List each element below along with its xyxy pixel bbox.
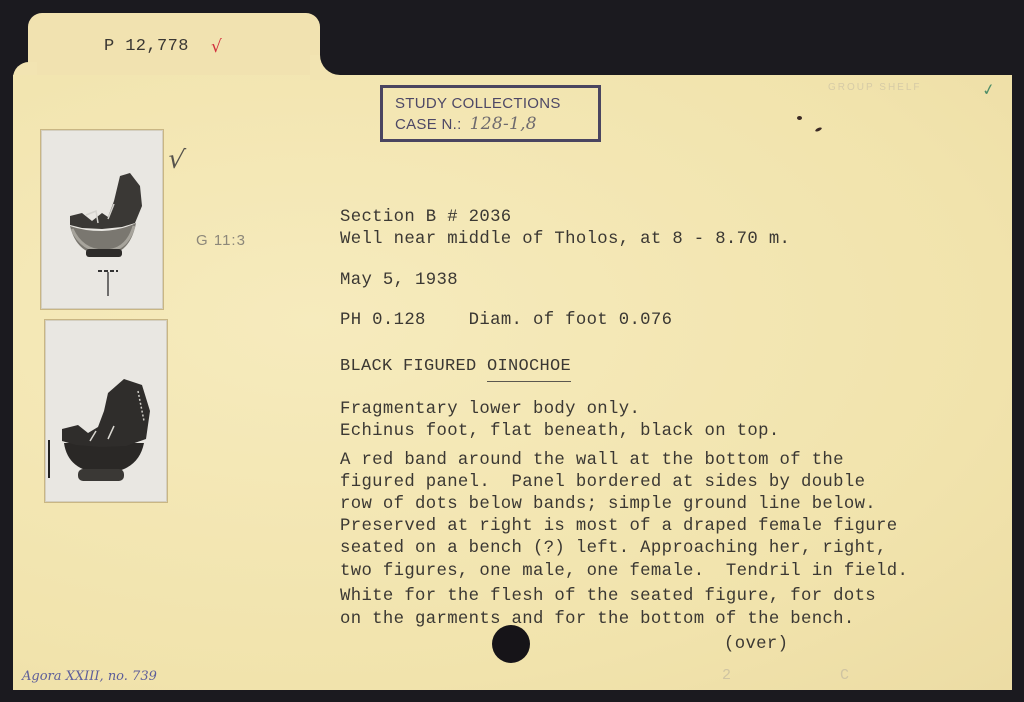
scale-mark: [48, 440, 50, 478]
description-line: Echinus foot, flat beneath, black on top…: [340, 421, 780, 443]
stamp-line-2: CASE N.:128-1,8: [395, 114, 598, 135]
description-line: two figures, one male, one female. Tendr…: [340, 561, 908, 583]
study-collections-stamp: STUDY COLLECTIONS CASE N.:128-1,8: [380, 85, 601, 142]
faint-bottom-marks: 2 C: [722, 667, 899, 684]
description-line: A red band around the wall at the bottom…: [340, 450, 844, 472]
measurements: PH 0.128 Diam. of foot 0.076: [340, 310, 672, 332]
object-title: BLACK FIGURED OINOCHOE: [340, 357, 571, 376]
grid-reference-note: G 11:3: [196, 232, 246, 249]
faint-shelf-note: GROUP SHELF: [828, 82, 922, 93]
vase-fragment-illustration: [42, 131, 162, 308]
excavation-date: May 5, 1938: [340, 270, 458, 292]
description-line: Fragmentary lower body only.: [340, 399, 640, 421]
section-number: Section B # 2036: [340, 207, 512, 229]
pencil-check-mark-icon: √: [166, 144, 187, 176]
ink-speck: [797, 116, 802, 120]
object-type-underlined: OINOCHOE: [487, 357, 571, 382]
foot-diameter: Diam. of foot 0.076: [469, 311, 673, 330]
photo-oinochoe-with-scale: [41, 130, 163, 309]
stamp-line-1: STUDY COLLECTIONS: [395, 94, 598, 114]
object-title-prefix: BLACK FIGURED: [340, 357, 487, 376]
description-line: row of dots below bands; simple ground l…: [340, 494, 876, 516]
photo-oinochoe-side: [45, 320, 167, 502]
vase-fragment-illustration: [46, 321, 166, 501]
preserved-height: PH 0.128: [340, 311, 426, 330]
description-line: figured panel. Panel bordered at sides b…: [340, 472, 865, 494]
card-tab-notch: [310, 55, 340, 80]
description-line: White for the flesh of the seated figure…: [340, 586, 876, 608]
stamp-case-number: 128-1,8: [470, 114, 537, 134]
punched-hole: [492, 625, 530, 663]
publication-reference: Agora XXIII, no. 739: [22, 669, 157, 684]
stamp-case-label: CASE N.:: [395, 116, 462, 133]
description-line: seated on a bench (?) left. Approaching …: [340, 538, 887, 560]
description-line: on the garments and for the bottom of th…: [340, 609, 855, 631]
findspot: Well near middle of Tholos, at 8 - 8.70 …: [340, 229, 790, 251]
description-line: Preserved at right is most of a draped f…: [340, 516, 897, 538]
red-check-mark-icon: √: [211, 37, 222, 57]
continuation-note: (over): [724, 634, 788, 656]
catalog-number: P 12,778: [104, 37, 189, 56]
